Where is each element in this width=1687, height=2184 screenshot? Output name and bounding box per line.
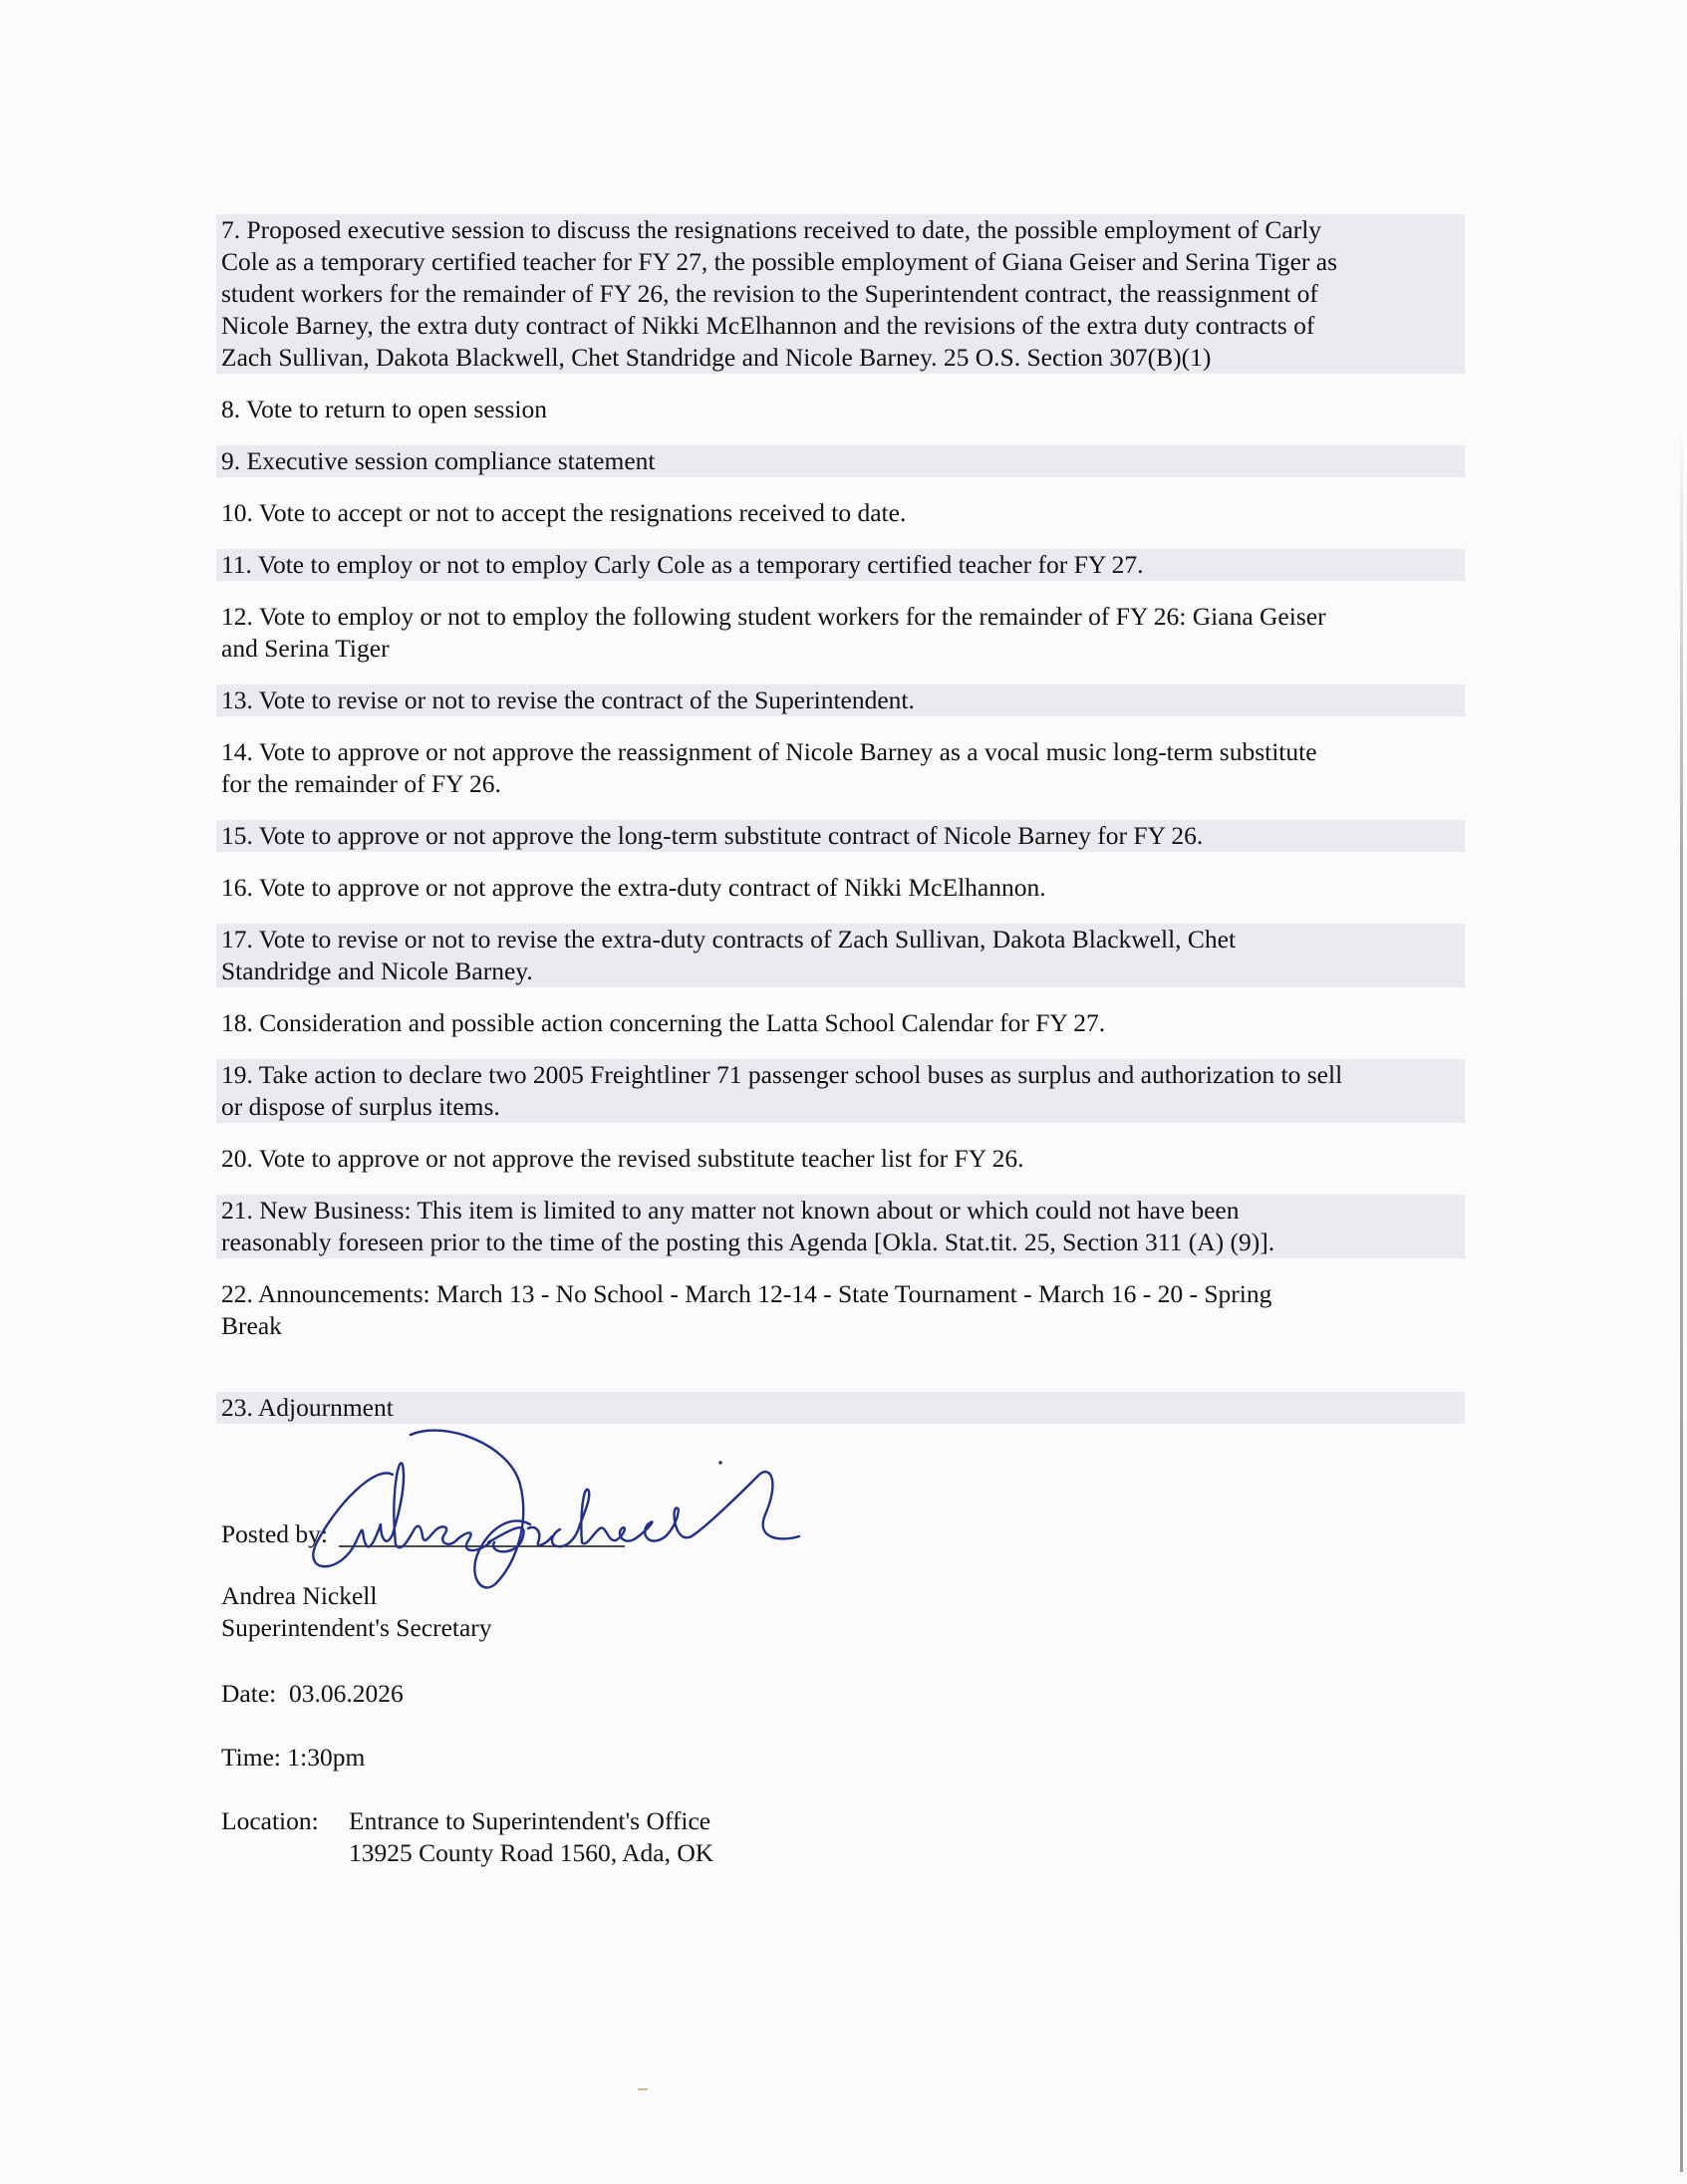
agenda-item: 12. Vote to employ or not to employ the … — [216, 601, 1465, 665]
agenda-item: 9. Executive session compliance statemen… — [216, 445, 1465, 477]
agenda-item: 10. Vote to accept or not to accept the … — [216, 497, 1465, 529]
agenda-item-line: 12. Vote to employ or not to employ the … — [221, 601, 1465, 633]
posting-location: Location: Entrance to Superintendent's O… — [221, 1805, 713, 1869]
agenda-item: 18. Consideration and possible action co… — [216, 1007, 1465, 1039]
time-value: 1:30pm — [287, 1743, 365, 1772]
agenda-item-line: 13. Vote to revise or not to revise the … — [221, 684, 1465, 716]
agenda-item-line: 11. Vote to employ or not to employ Carl… — [221, 549, 1465, 581]
agenda-item-line: Standridge and Nicole Barney. — [221, 955, 1465, 987]
poster-block: Andrea Nickell Superintendent's Secretar… — [221, 1580, 492, 1644]
agenda-item-line: 7. Proposed executive session to discuss… — [221, 214, 1465, 246]
signature-icon — [281, 1425, 859, 1589]
posting-date: Date: 03.06.2026 — [221, 1678, 404, 1710]
agenda-item-line: 16. Vote to approve or not approve the e… — [221, 872, 1465, 904]
agenda-item: 8. Vote to return to open session — [216, 394, 1465, 425]
location-line: 13925 County Road 1560, Ada, OK — [349, 1837, 713, 1869]
poster-name: Andrea Nickell — [221, 1580, 492, 1612]
agenda-item: 22. Announcements: March 13 - No School … — [216, 1278, 1465, 1342]
agenda-item: 21. New Business: This item is limited t… — [216, 1195, 1465, 1258]
agenda-item-line: Break — [221, 1310, 1465, 1342]
scan-page-edge — [1680, 418, 1683, 2172]
agenda-item-line: 21. New Business: This item is limited t… — [221, 1195, 1465, 1227]
agenda-item: 11. Vote to employ or not to employ Carl… — [216, 549, 1465, 581]
location-value: Entrance to Superintendent's Office 1392… — [349, 1805, 713, 1869]
location-line: Entrance to Superintendent's Office — [349, 1805, 713, 1837]
time-label: Time: — [221, 1742, 281, 1774]
agenda-item-line: 14. Vote to approve or not approve the r… — [221, 736, 1465, 768]
agenda-item-line: 9. Executive session compliance statemen… — [221, 445, 1465, 477]
posting-time: Time: 1:30pm — [221, 1742, 365, 1774]
agenda-list: 7. Proposed executive session to discuss… — [216, 214, 1465, 1444]
agenda-item-line: 15. Vote to approve or not approve the l… — [221, 820, 1465, 852]
agenda-item-line: 19. Take action to declare two 2005 Frei… — [221, 1059, 1465, 1091]
agenda-item-line: 18. Consideration and possible action co… — [221, 1007, 1465, 1039]
agenda-item-line: Zach Sullivan, Dakota Blackwell, Chet St… — [221, 342, 1465, 374]
agenda-item: 23. Adjournment — [216, 1392, 1465, 1424]
poster-title: Superintendent's Secretary — [221, 1612, 492, 1644]
agenda-item-line: 17. Vote to revise or not to revise the … — [221, 924, 1465, 955]
agenda-item-line: for the remainder of FY 26. — [221, 768, 1465, 800]
agenda-item: 7. Proposed executive session to discuss… — [216, 214, 1465, 374]
agenda-item-line: and Serina Tiger — [221, 633, 1465, 665]
date-label: Date: — [221, 1678, 276, 1710]
scan-artifact-mark — [638, 2088, 648, 2090]
agenda-item: 15. Vote to approve or not approve the l… — [216, 820, 1465, 852]
agenda-item: 20. Vote to approve or not approve the r… — [216, 1143, 1465, 1175]
agenda-item: 17. Vote to revise or not to revise the … — [216, 924, 1465, 987]
agenda-item-line: 20. Vote to approve or not approve the r… — [221, 1143, 1465, 1175]
agenda-item: 13. Vote to revise or not to revise the … — [216, 684, 1465, 716]
agenda-item-line: 23. Adjournment — [221, 1392, 1465, 1424]
agenda-item-line: or dispose of surplus items. — [221, 1091, 1465, 1123]
agenda-item-line: Nicole Barney, the extra duty contract o… — [221, 310, 1465, 342]
agenda-item: 19. Take action to declare two 2005 Frei… — [216, 1059, 1465, 1123]
agenda-item: 16. Vote to approve or not approve the e… — [216, 872, 1465, 904]
agenda-item-line: student workers for the remainder of FY … — [221, 278, 1465, 310]
agenda-item-line: 22. Announcements: March 13 - No School … — [221, 1278, 1465, 1310]
date-value: 03.06.2026 — [289, 1679, 404, 1708]
agenda-item-line: 8. Vote to return to open session — [221, 394, 1465, 425]
agenda-item-line: reasonably foreseen prior to the time of… — [221, 1227, 1465, 1258]
agenda-item-line: 10. Vote to accept or not to accept the … — [221, 497, 1465, 529]
location-label: Location: — [221, 1805, 349, 1837]
agenda-item-line: Cole as a temporary certified teacher fo… — [221, 246, 1465, 278]
agenda-item: 14. Vote to approve or not approve the r… — [216, 736, 1465, 800]
